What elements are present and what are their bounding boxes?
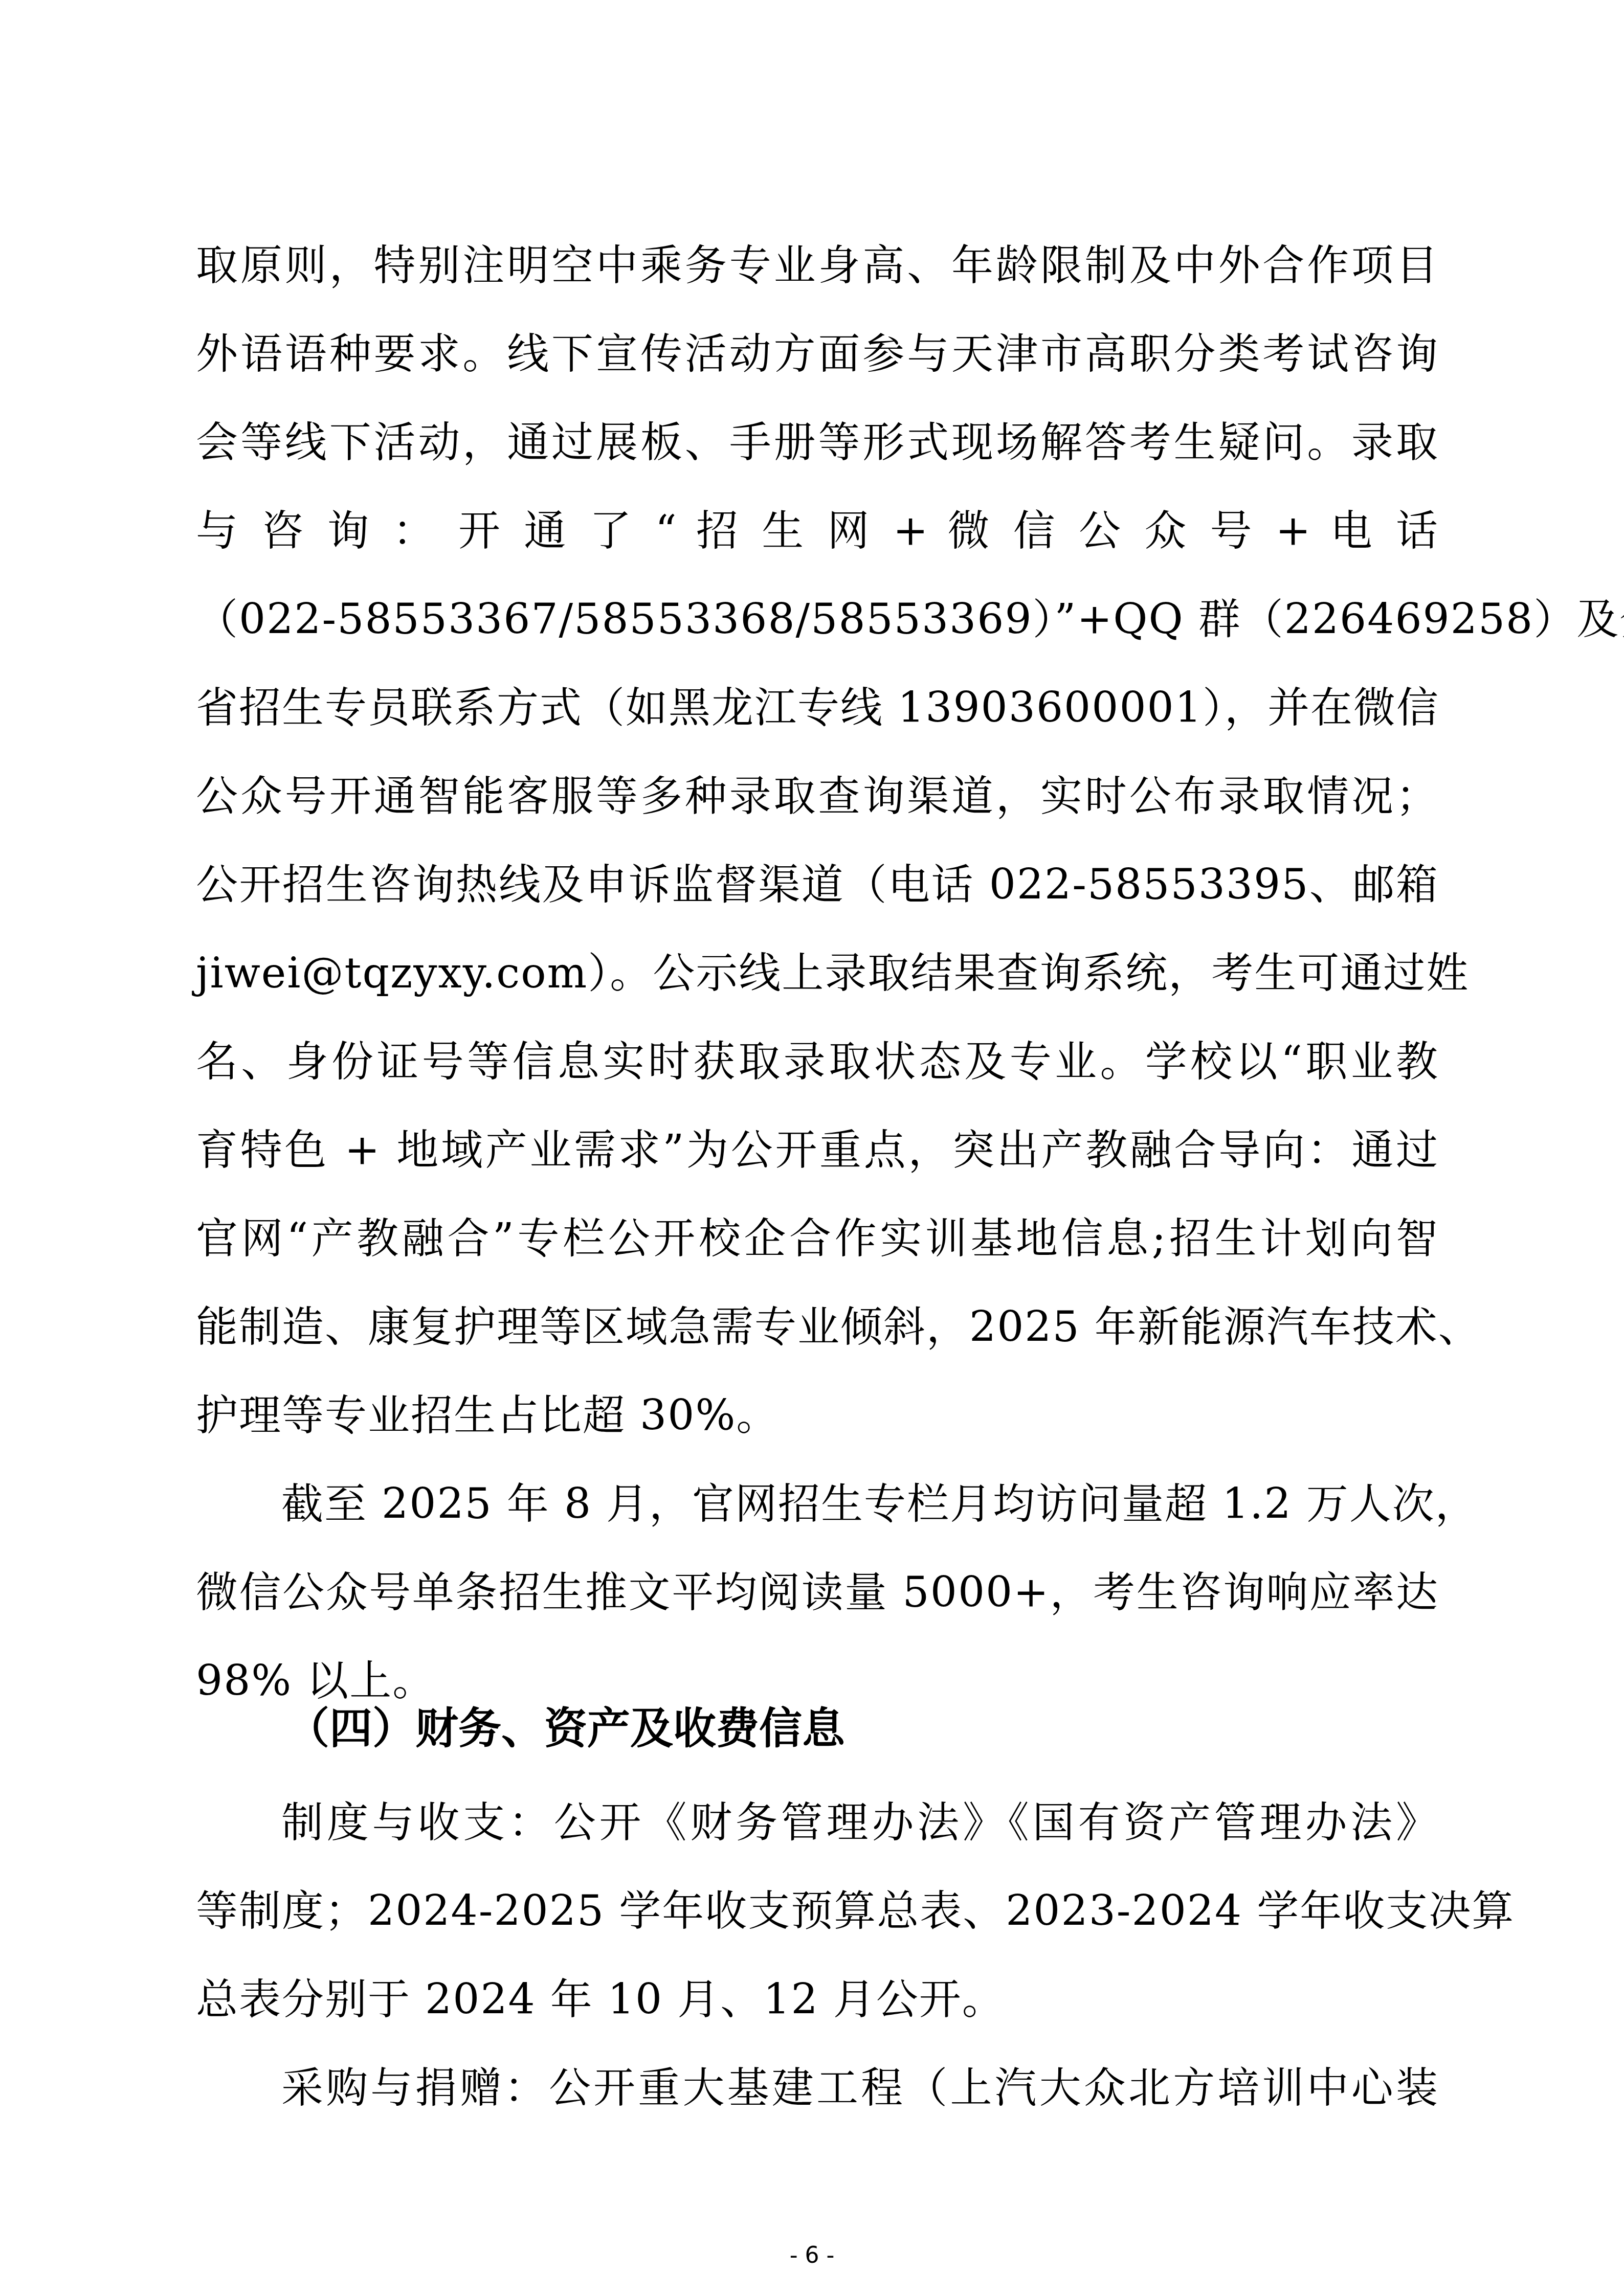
body-text-line: 采购与捐赠：公开重大基建工程（上汽大众北方培训中心装 <box>281 2063 1439 2114</box>
section-heading: （四）财务、资产及收费信息 <box>286 1703 845 1754</box>
body-text-line: 截至 2025 年 8 月，官网招生专栏月均访问量超 1.2 万人次， <box>281 1479 1439 1530</box>
body-text-line: 微信公众号单条招生推文平均阅读量 5000+，考生咨询响应率达 <box>196 1567 1439 1618</box>
body-text-line: 官网“产教融合”专栏公开校企合作实训基地信息;招生计划向智 <box>196 1213 1439 1265</box>
page-number: - 6 - <box>0 2242 1624 2268</box>
body-text-line: 公众号开通智能客服等多种录取查询渠道，实时公布录取情况； <box>196 771 1439 822</box>
body-text-line: jiwei@tqzyxy.com）。公示线上录取结果查询系统，考生可通过姓 <box>196 948 1439 999</box>
body-text-line: 总表分别于 2024 年 10 月、12 月公开。 <box>196 1974 1439 2025</box>
body-text-line: 外语语种要求。线下宣传活动方面参与天津市高职分类考试咨询 <box>196 329 1439 380</box>
body-text-line: 能制造、康复护理等区域急需专业倾斜，2025 年新能源汽车技术、 <box>196 1302 1439 1353</box>
body-text-line: 省招生专员联系方式（如黑龙江专线 13903600001），并在微信 <box>196 683 1439 734</box>
body-text-line: 98% 以上。 <box>196 1656 1439 1707</box>
body-text-line: 制度与收支：公开《财务管理办法》《国有资产管理办法》 <box>281 1797 1439 1849</box>
document-page: 取原则，特别注明空中乘务专业身高、年龄限制及中外合作项目 外语语种要求。线下宣传… <box>0 0 1624 2296</box>
body-text-line: 公开招生咨询热线及申诉监督渠道（电话 022-58553395、邮箱 <box>196 860 1439 911</box>
body-text-line: 与 咨 询 ： 开 通 了 “ 招 生 网 + 微 信 公 众 号 + 电 话 <box>196 506 1439 557</box>
body-text-line: 名、身份证号等信息实时获取录取状态及专业。学校以“职业教 <box>196 1037 1439 1088</box>
body-text-line: （022-58553367/58553368/58553369）”+QQ 群（2… <box>196 594 1439 645</box>
body-text-line: 等制度；2024-2025 学年收支预算总表、2023-2024 学年收支决算 <box>196 1886 1439 1937</box>
body-text-line: 会等线下活动，通过展板、手册等形式现场解答考生疑问。录取 <box>196 417 1439 468</box>
body-text-line: 育特色 + 地域产业需求”为公开重点，突出产教融合导向：通过 <box>196 1125 1439 1176</box>
body-text-line: 护理等专业招生占比超 30%。 <box>196 1390 1439 1442</box>
body-text-line: 取原则，特别注明空中乘务专业身高、年龄限制及中外合作项目 <box>196 240 1439 291</box>
